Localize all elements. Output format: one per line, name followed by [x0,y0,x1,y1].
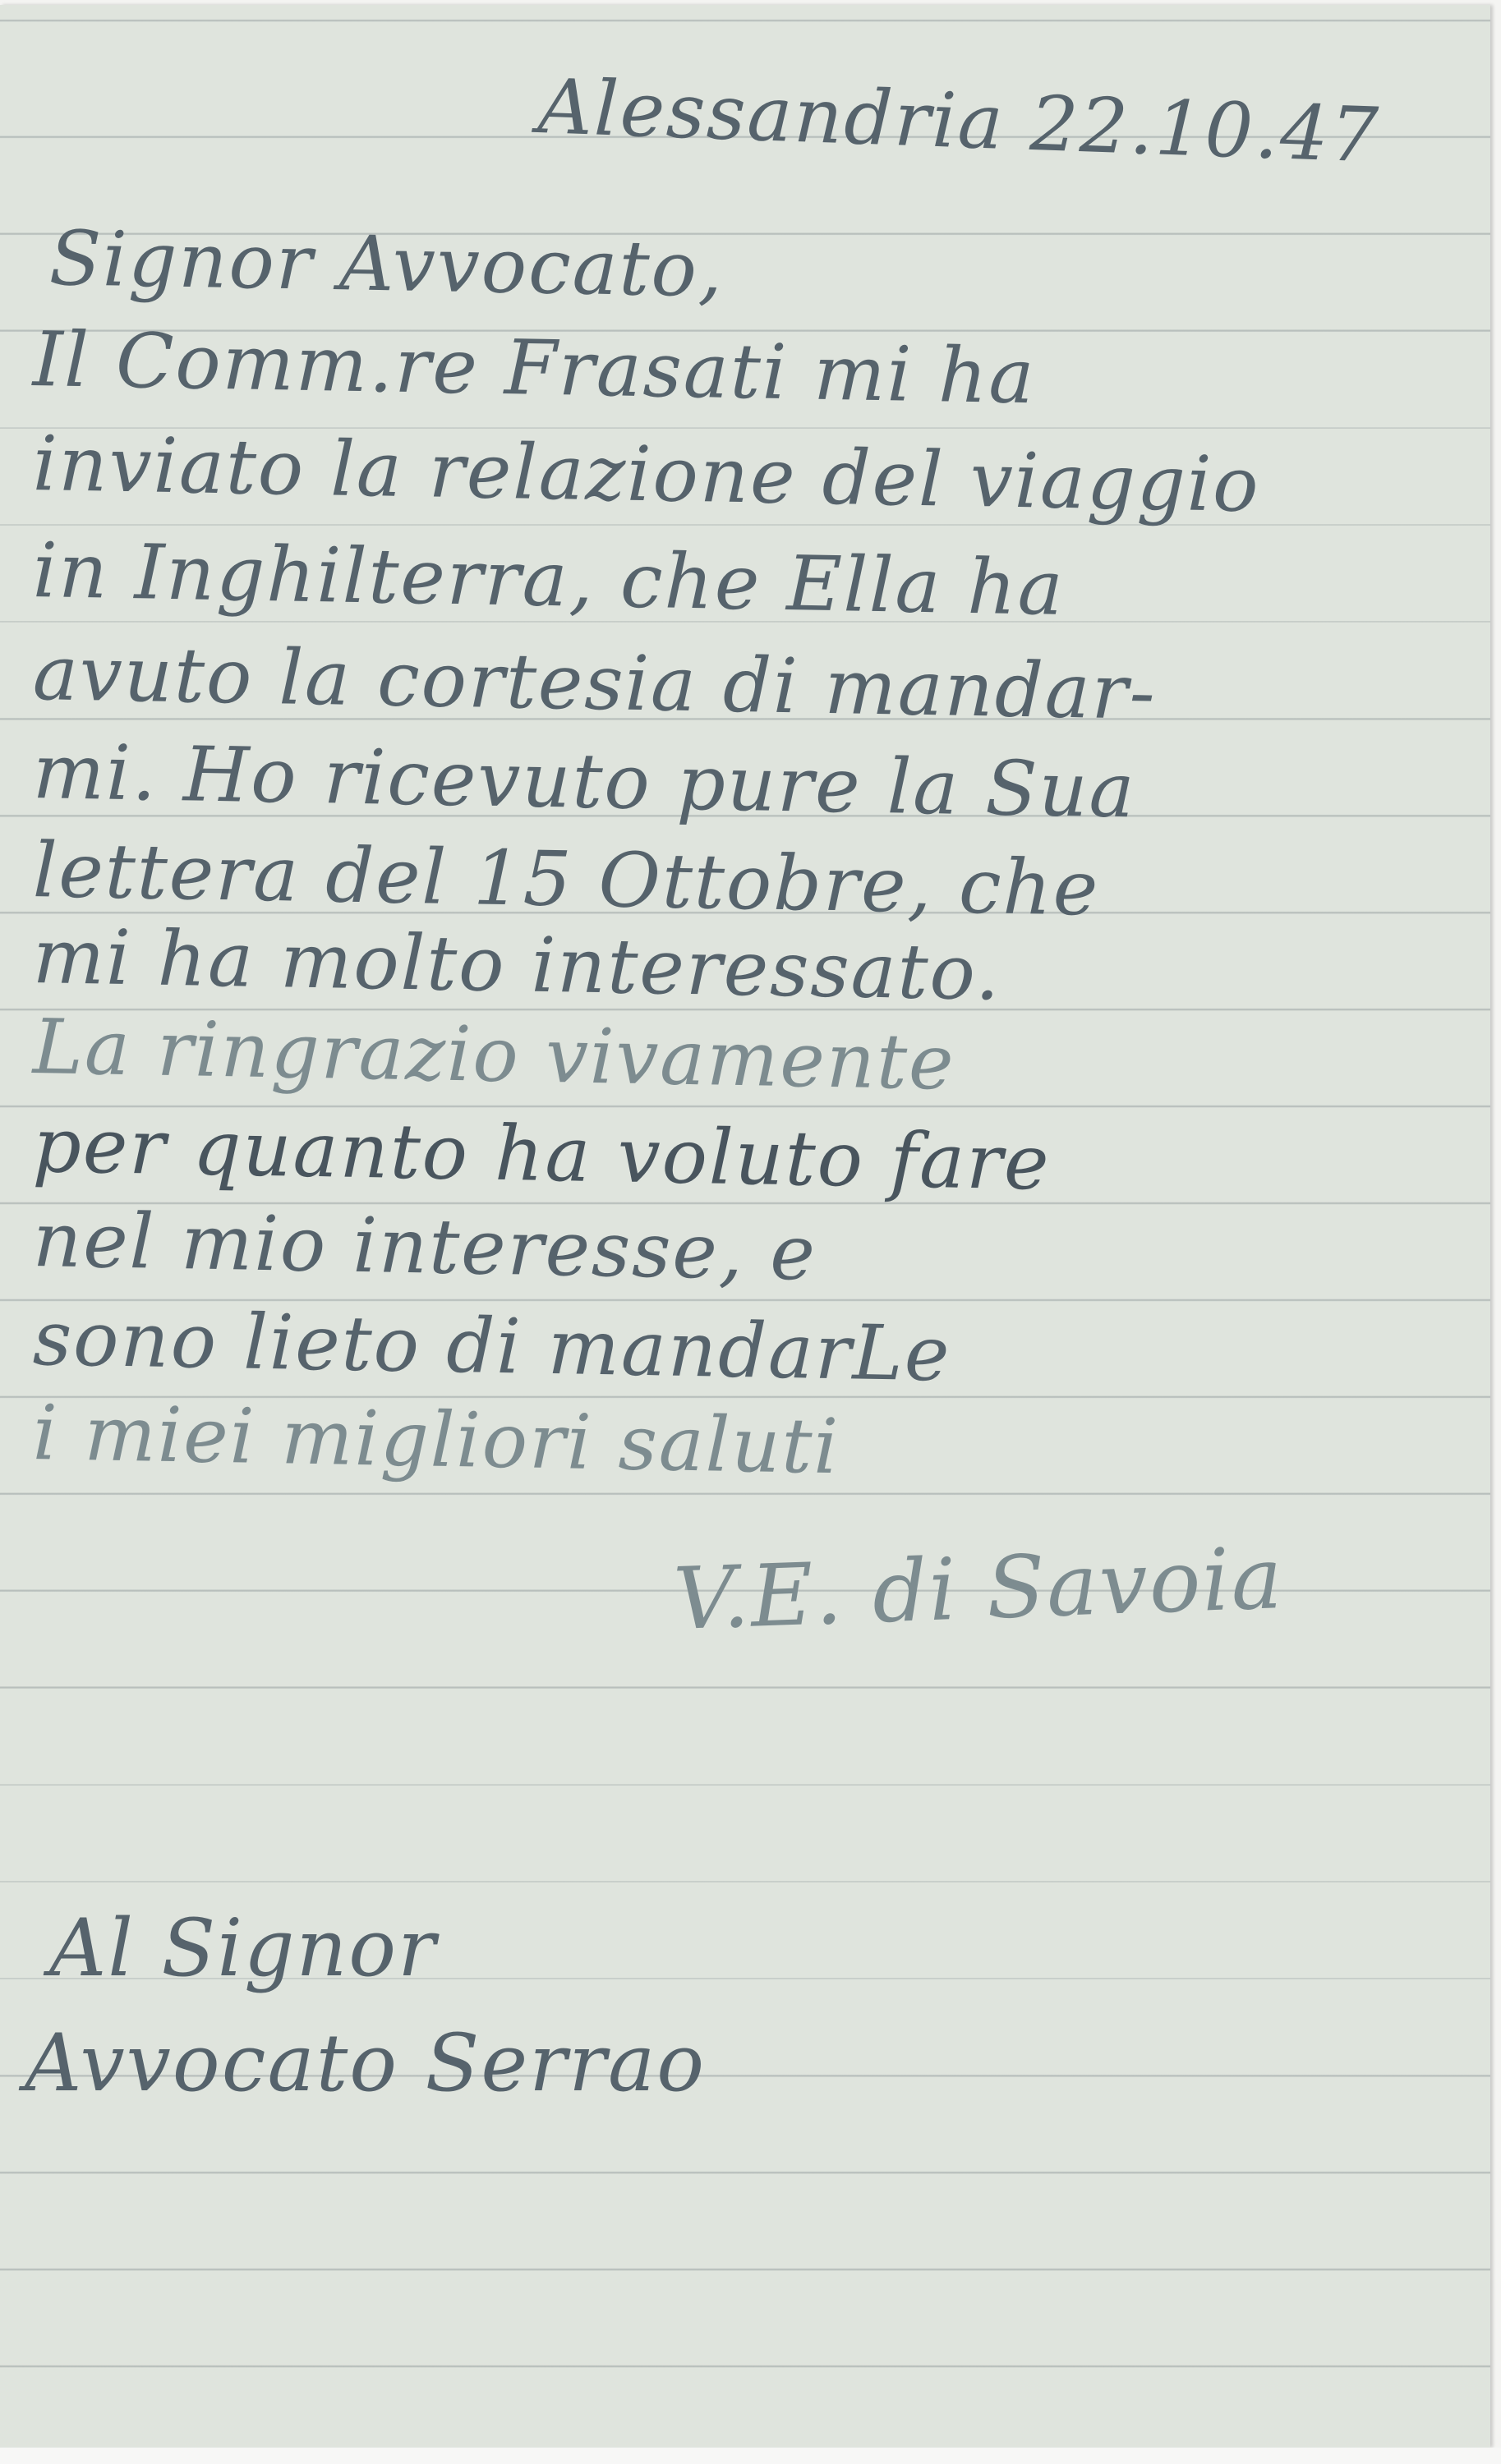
body-line: per quanto ha voluto fare [32,1101,1051,1207]
letter-sheet: Alessandria 22.10.47 Signor Avvocato, Il… [0,5,1490,2448]
body-line: avuto la cortesia di mandar- [32,629,1158,737]
body-line: mi ha molto interessato. [32,913,1001,1018]
closing-line: i miei migliori saluti [32,1389,840,1491]
body-line: La ringrazio vivamente [32,1003,955,1107]
addressee-line-2: Avvocato Serrao [25,2017,706,2109]
body-line: inviato la relazione del viaggio [32,420,1260,529]
scan-border [0,2448,1501,2464]
addressee-line-1: Al Signor [49,1902,437,1994]
body-line: mi. Ho ricevuto pure la Sua [32,728,1136,834]
place-date: Alessandria 22.10.47 [536,62,1381,180]
signature: V.E. di Savoia [672,1528,1286,1649]
closing-line: sono lieto di mandarLe [32,1294,951,1398]
salutation: Signor Avvocato, [48,214,725,314]
body-line: nel mio interesse, e [32,1196,817,1298]
body-line: in Inghilterra, che Ella ha [32,526,1066,632]
body-line: Il Comm.re Frasati mi ha [32,315,1036,421]
